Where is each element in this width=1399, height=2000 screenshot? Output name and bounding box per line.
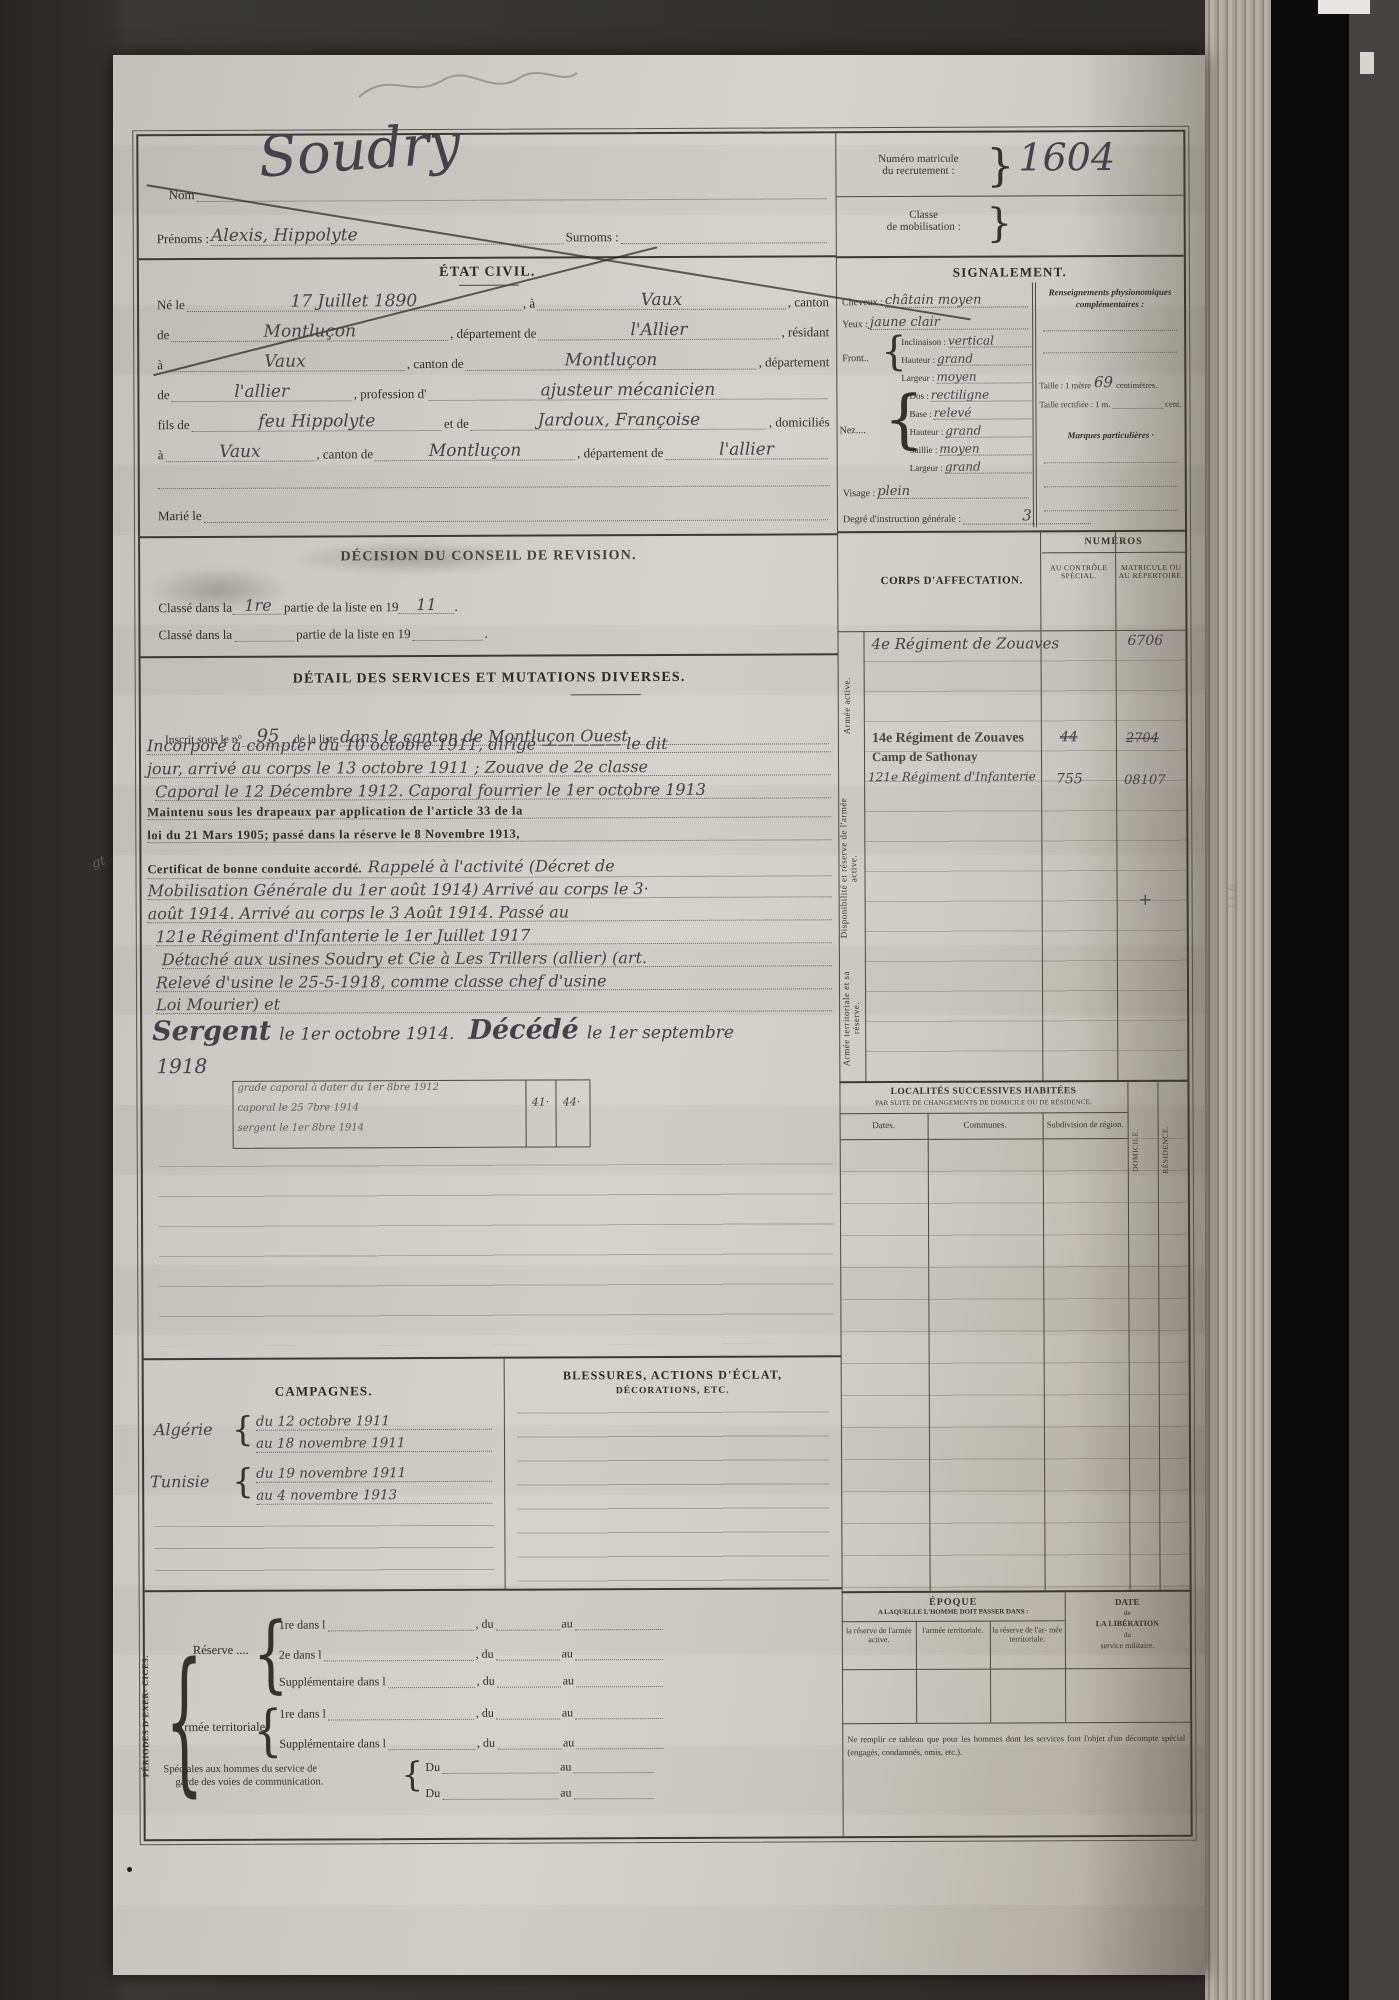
- service-hw-line: Détaché aux usines Soudry et Cie à Les T…: [162, 949, 832, 969]
- corps-row1-matricule: 6706: [1127, 634, 1163, 648]
- side-label-territoriale: Armée territoriale et sa réserve.: [842, 958, 863, 1078]
- epoque-col3: la réserve de l'ar- mée territoriale.: [992, 1626, 1063, 1644]
- campagne-dates: du 12 octobre 1911: [256, 1415, 492, 1431]
- notes-inset-box: grade caporal à dater du 1er 8bre 1912 c…: [232, 1079, 590, 1149]
- nez-largeur-row: Largeur : grand: [910, 460, 1034, 474]
- residence-line-1: à Vaux , canton de Montluçon , départeme…: [157, 351, 829, 372]
- corps-row3-matricule: 08107: [1124, 774, 1165, 787]
- book-page-edges: [1205, 0, 1271, 2000]
- rule: [148, 875, 832, 879]
- controle-col-header: au contrôle spécial.: [1042, 564, 1115, 581]
- epoque-subtitle: A LAQUELLE L'HOMME DOIT PASSER DANS :: [842, 1608, 1065, 1616]
- document-page: Nom Soudry Prénoms : Alexis, Hippolyte S…: [113, 55, 1205, 1975]
- campagne-dates: du 19 novembre 1911: [256, 1467, 492, 1483]
- speciales-label-2: garde des voies de communication.: [175, 1776, 323, 1788]
- plus-mark: +: [1139, 892, 1152, 908]
- matricule-box-divider: [836, 195, 1184, 198]
- certificat-line: Certificat de bonne conduite accordé. Ra…: [147, 857, 831, 876]
- notes-cell: 44·: [555, 1096, 587, 1107]
- service-hw-line: jour, arrivé au corps le 13 octobre 1911…: [147, 758, 831, 778]
- notes-line: caporal le 25 7bre 1914: [238, 1103, 359, 1114]
- final-year: 1918: [156, 1056, 207, 1076]
- domicile-line: à Vaux , canton de Montluçon , départeme…: [158, 441, 830, 462]
- numeros-title: NUMÉROS: [1042, 536, 1185, 548]
- final-status-line: Sergent le 1er octobre 1914. Décédé le 1…: [152, 1015, 836, 1045]
- surnoms-rule: [621, 239, 827, 244]
- classe-label: Classe de mobilisation :: [854, 209, 994, 234]
- table-row-rules: [840, 1138, 1190, 1594]
- service-hw-line: Mobilisation Générale du 1er août 1914) …: [148, 880, 832, 900]
- nez-hauteur-row: Hauteur : grand: [910, 424, 1034, 438]
- birth-line-1: Né le 17 Juillet 1890 , à Vaux , canton: [157, 291, 829, 312]
- ruled-lines: [154, 1525, 494, 1586]
- margin-pencil-note-left: gt: [90, 853, 108, 871]
- blessures-box: BLESSURES, ACTIONS D'ÉCLAT, DÉCORATIONS,…: [505, 1357, 842, 1588]
- campagnes-blessures-section: CAMPAGNES. Algérie { du 12 octobre 1911 …: [144, 1355, 842, 1592]
- campagne-dates: au 18 novembre 1911: [256, 1437, 492, 1453]
- notes-line: grade caporal à dater du 1er 8bre 1912: [237, 1083, 439, 1094]
- paper-sliver-top: [1318, 0, 1370, 14]
- marques-label: Marques particulières ·: [1040, 430, 1182, 441]
- yeux-row: Yeux : jaune clair: [842, 315, 1030, 330]
- marie-rule: [204, 516, 828, 523]
- corps-row2-controle: 44: [1060, 730, 1078, 744]
- service-hw-line: Incorporé à compter du 10 octobre 1911, …: [147, 735, 831, 755]
- surnoms-label: Surnoms :: [566, 231, 619, 245]
- taille-row: Taille : 1 mètre 69 centimètres.: [1039, 375, 1181, 391]
- matricule-form: Nom Soudry Prénoms : Alexis, Hippolyte S…: [136, 130, 1192, 1842]
- periodes-side-label: PÉRIODES D'EXER- CICES.: [141, 1636, 151, 1796]
- campagnes-title: CAMPAGNES.: [144, 1383, 504, 1401]
- reserve-row-3: Supplémentaire dans l , du au: [279, 1674, 665, 1688]
- campagne-dates: au 4 novembre 1913: [256, 1489, 492, 1505]
- margin-pencil-note-right: 9.11: [1224, 883, 1239, 910]
- ruled-lines: [517, 1411, 830, 1582]
- marie-line: Marié le: [158, 506, 830, 523]
- classe-brace: }: [987, 200, 1013, 246]
- services-title: DÉTAIL DES SERVICES ET MUTATIONS DIVERSE…: [141, 669, 838, 688]
- pencil-scribble: [353, 63, 583, 109]
- matricule-label: Numéro matricule du recrutement :: [843, 153, 993, 178]
- service-hw-line: 121e Régiment d'Infanterie le 1er Juille…: [156, 926, 832, 946]
- section-divider: [139, 255, 836, 260]
- service-hw-line: Relevé d'usine le 25-5-1918, comme class…: [156, 972, 832, 992]
- binding-black-band: [1271, 0, 1349, 2000]
- blank-rule: [158, 485, 830, 489]
- speciales-label-1: Spéciales aux hommes du service de: [163, 1764, 317, 1776]
- col-subdivision: Subdivision de région.: [1043, 1120, 1128, 1130]
- classement-line-2: Classé dans la partie de la liste en 19 …: [158, 626, 718, 642]
- prenoms-label: Prénoms :: [157, 232, 209, 246]
- nom-value: Soudry: [257, 116, 463, 187]
- localites-subtitle: PAR SUITE DE CHANGEMENTS DE DOMICILE OU …: [840, 1099, 1128, 1108]
- reserve-row-1: 1re dans l , du au: [279, 1617, 665, 1631]
- service-printed-line: loi du 21 Mars 1905; passé dans la réser…: [147, 826, 831, 843]
- classe-box-bottom: [836, 255, 1184, 259]
- campagne-name: Algérie: [154, 1422, 213, 1438]
- front-hauteur-row: Hauteur : grand: [901, 352, 1033, 366]
- col-communes: Communes.: [928, 1120, 1043, 1130]
- table-row-rules: [863, 630, 1187, 1083]
- campagne-name: Tunisie: [150, 1474, 209, 1490]
- service-hw-line: août 1914. Arrivé au corps le 3 Août 191…: [148, 903, 832, 923]
- localites-title: LOCALITÉS SUCCESSIVES HABITÉES: [839, 1086, 1127, 1098]
- scan-background-far-right: [1349, 0, 1399, 2000]
- taille-rectifiee-row: Taille rectifiée : 1 m. cent.: [1039, 400, 1181, 410]
- col-dates: Dates.: [840, 1121, 928, 1131]
- nez-dos-row: Dos : rectiligne: [909, 388, 1033, 402]
- page-ink-dot: [127, 1867, 132, 1872]
- cheveux-row: Cheveux : châtain moyen: [842, 293, 1030, 308]
- service-hw-line: Caporal le 12 Décembre 1912. Caporal fou…: [155, 781, 831, 801]
- notes-cell: 41·: [525, 1096, 555, 1107]
- corps-row2-line2: Camp de Sathonay: [872, 749, 978, 765]
- blessures-subtitle: DÉCORATIONS, ETC.: [505, 1385, 841, 1396]
- campagnes-box: CAMPAGNES. Algérie { du 12 octobre 1911 …: [144, 1359, 506, 1591]
- blessures-title: BLESSURES, ACTIONS D'ÉCLAT,: [505, 1367, 841, 1383]
- corps-affectation-table: NUMÉROS CORPS D'AFFECTATION. au contrôle…: [837, 530, 1187, 1084]
- nez-label: Nez....: [840, 425, 866, 436]
- matricule-col-header: matricule ou au répertoire.: [1117, 564, 1185, 581]
- side-label-armee-active: Armée active.: [842, 633, 853, 778]
- epoque-table: ÉPOQUE A LAQUELLE L'HOMME DOIT PASSER DA…: [842, 1590, 1191, 1725]
- paper-sliver-edge: [1360, 52, 1374, 74]
- side-label-disponibilite: Disponibilité et réserve de l'armée acti…: [839, 783, 864, 953]
- ink-smudge: [290, 541, 530, 576]
- parents-line: fils de feu Hippolyte et de Jardoux, Fra…: [158, 411, 830, 432]
- epoque-col2: l'armée territoriale.: [918, 1627, 988, 1636]
- signalement-title: SIGNALEMENT.: [836, 264, 1184, 282]
- service-hw-line: Loi Mourier) et: [156, 994, 832, 1014]
- matricule-value: 1604: [1018, 138, 1115, 176]
- reserve-row-2: 2e dans l , du au: [279, 1647, 665, 1661]
- classement-line-1: Classé dans la 1re partie de la liste en…: [158, 596, 718, 615]
- visage-row: Visage : plein: [843, 484, 1031, 499]
- corps-row3: 121e Régiment d'Infanterie: [868, 770, 1036, 783]
- corps-row3-controle: 755: [1056, 772, 1083, 786]
- prenoms-line: Prénoms : Alexis, Hippolyte Surnoms :: [157, 225, 829, 246]
- nez-base-row: Base : relevé: [909, 406, 1033, 420]
- speciales-row-1: Du au: [425, 1760, 655, 1774]
- matricule-brace: }: [986, 140, 1014, 191]
- corps-row2: 14e Régiment de Zouaves: [872, 730, 1024, 747]
- epoque-note: Ne remplir ce tableau que pour les homme…: [847, 1732, 1185, 1759]
- territoriale-row-1: 1re dans l , du au: [279, 1706, 665, 1720]
- birth-line-2: de Montluçon , département de l'Allier ,…: [157, 321, 829, 342]
- localites-table: LOCALITÉS SUCCESSIVES HABITÉES PAR SUITE…: [839, 1080, 1189, 1594]
- title-underline: [571, 694, 641, 695]
- front-label: Front..: [842, 353, 869, 364]
- section-divider: [140, 533, 837, 538]
- territoriale-row-2: Supplémentaire dans l , du au: [279, 1736, 665, 1750]
- reserve-label: Réserve ....: [193, 1644, 249, 1657]
- nom-rule: [197, 195, 827, 202]
- service-printed-line: Maintenu sous les drapeaux par applicati…: [147, 803, 831, 820]
- notes-line: sergent le 1er 8bre 1914: [238, 1123, 364, 1134]
- section-divider: [141, 653, 838, 658]
- etat-civil-title: ÉTAT CIVIL.: [139, 263, 836, 282]
- nez-saillie-row: Saillie : moyen: [910, 442, 1034, 456]
- profession-line: de l'allier , profession d' ajusteur méc…: [157, 381, 829, 402]
- corps-row1: 4e Régiment de Zouaves: [871, 636, 1059, 652]
- epoque-title: ÉPOQUE: [842, 1596, 1065, 1608]
- ruled-lines: [159, 1163, 834, 1346]
- renseignements-label: Renseignements physionomiques: [1039, 287, 1181, 298]
- scanned-register-page: gt 9.11 Nom Soudry Prénoms : Alexis, Hip…: [0, 0, 1399, 2000]
- speciales-row-2: Du au: [425, 1786, 655, 1800]
- epoque-col1: la réserve de l'armée active.: [844, 1627, 914, 1645]
- front-inclinaison-row: Inclinaison : vertical: [901, 334, 1033, 348]
- corps-row2-matricule: 2704: [1126, 732, 1159, 745]
- corps-header: CORPS D'AFFECTATION.: [863, 574, 1040, 587]
- date-title: DATE: [1065, 1598, 1190, 1608]
